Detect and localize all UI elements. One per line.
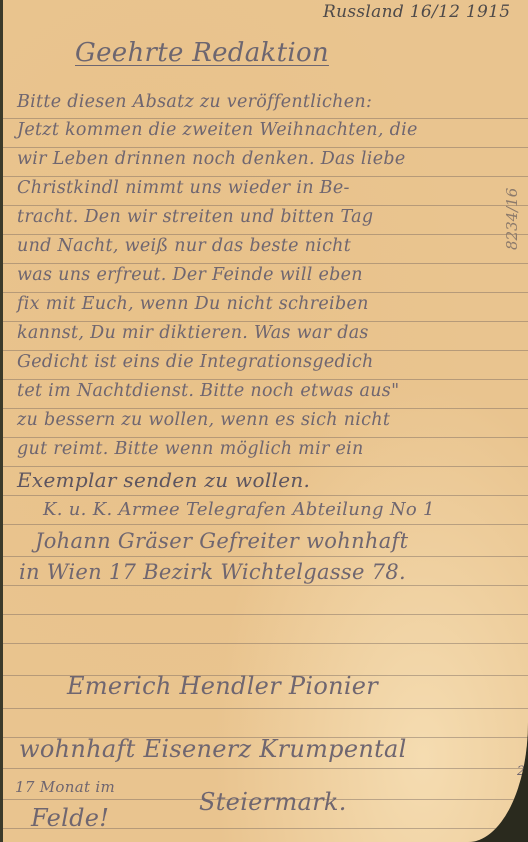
ruled-line — [3, 495, 528, 496]
ruled-line — [3, 437, 528, 438]
body-line: Exemplar senden zu wollen. — [17, 468, 310, 492]
body-line: tracht. Den wir streiten und bitten Tag — [17, 207, 373, 227]
ruled-line — [3, 466, 528, 467]
house-number: 22 — [517, 764, 528, 779]
ruled-line — [3, 321, 528, 322]
body-line: Jetzt kommen die zweiten Weihnachten, di… — [17, 120, 418, 140]
ruled-line — [3, 350, 528, 351]
body-line: Christkindl nimmt uns wieder in Be- — [17, 178, 350, 198]
ruled-line — [3, 205, 528, 206]
body-line: gut reimt. Bitte wenn möglich mir ein — [17, 439, 364, 459]
second-sender-name: Emerich Hendler Pionier — [67, 672, 378, 700]
body-line: und Nacht, weiß nur das beste nicht — [17, 236, 351, 256]
ruled-line — [3, 768, 528, 769]
ruled-line — [3, 408, 528, 409]
archive-number: 8234/16 — [503, 188, 521, 250]
ruled-line — [3, 176, 528, 177]
body-line: fix mit Euch, wenn Du nicht schreiben — [17, 294, 369, 314]
sender-address: in Wien 17 Bezirk Wichtelgasse 78. — [19, 560, 406, 584]
postcard: Russland 16/12 1915 Geehrte Redaktion 82… — [0, 0, 528, 842]
place-date: Russland 16/12 1915 — [323, 2, 510, 22]
ruled-line — [3, 292, 528, 293]
body-line: kannst, Du mir diktieren. Was war das — [17, 323, 369, 343]
sender-name: Johann Gräser Gefreiter wohnhaft — [35, 529, 408, 553]
months-note: 17 Monat im — [15, 778, 115, 796]
ruled-line — [3, 263, 528, 264]
body-line: tet im Nachtdienst. Bitte noch etwas aus… — [17, 381, 399, 401]
ruled-line — [3, 379, 528, 380]
ruled-line — [3, 147, 528, 148]
ruled-line — [3, 524, 528, 525]
ruled-line — [3, 118, 528, 119]
ruled-line — [3, 585, 528, 586]
second-sender-address: wohnhaft Eisenerz Krumpental — [19, 735, 407, 763]
body-line: zu bessern zu wollen, wenn es sich nicht — [17, 410, 390, 430]
ruled-line — [3, 234, 528, 235]
body-line: Gedicht ist eins die Integrationsgedich — [17, 352, 374, 372]
ruled-line — [3, 708, 528, 709]
salutation: Geehrte Redaktion — [75, 38, 329, 68]
body-line: was uns erfreut. Der Feinde will eben — [17, 265, 363, 285]
felde-note: Felde! — [31, 804, 109, 832]
ruled-line — [3, 614, 528, 615]
region: Steiermark. — [199, 788, 347, 816]
sender-unit: K. u. K. Armee Telegrafen Abteilung No 1 — [43, 499, 435, 520]
ruled-line — [3, 643, 528, 644]
body-line: Bitte diesen Absatz zu veröffentlichen: — [17, 92, 372, 112]
body-line: wir Leben drinnen noch denken. Das liebe — [17, 149, 406, 169]
ruled-line — [3, 556, 528, 557]
